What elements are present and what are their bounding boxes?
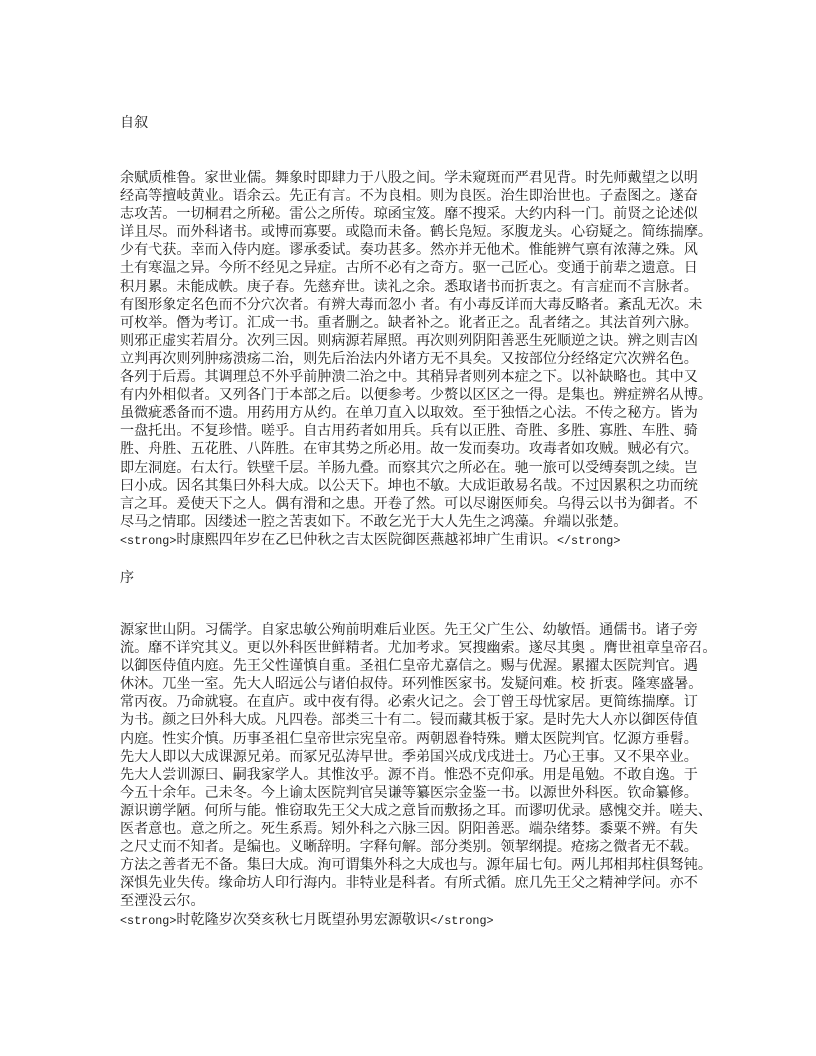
text-line: 医者意也。意之所之。死生系焉。矧外科之六脉三因。阴阳善恶。端杂绪棼。黍粟不辨。有… (120, 820, 720, 838)
text-line: 至湮没云尔。 (120, 892, 720, 910)
text-line: 内庭。性实介慎。历事圣祖仁皇帝世宗宪皇帝。两朝恩眷特殊。赠太医院判官。忆源方垂髫… (120, 730, 720, 748)
text-line: 曰小成。因名其集曰外科大成。以公天下。坤也不敏。大成讵敢易名哉。不过因累积之功而… (120, 477, 720, 495)
text-line: 土有寒温之异。今所不经见之异症。古所不必有之奇方。驱一己匠心。变通于前辈之遗意。… (120, 259, 720, 277)
text-line: 常丙夜。乃命就寝。在直庐。或中夜有得。必索火记之。会丁曾王母忧家居。更简练揣摩。… (120, 693, 720, 711)
text-line: 胜、舟胜、五花胜、八阵胜。在审其势之所必用。故一发而奏功。攻毒者如攻贼。贼必有穴… (120, 440, 720, 458)
section-title-preface: 序 (120, 569, 134, 587)
text-line: 之尺丈而不知者。是编也。义晰辞明。字释句解。部分类别。领挈纲提。疮疡之微者无不载… (120, 838, 720, 856)
signature-text: 时康熙四年岁在乙巳仲秋之吉太医院御医燕越祁坤广生甫识。 (176, 532, 557, 548)
text-line: 经高等擅岐黄业。语余云。先正有言。不为良相。则为良医。治生即治世也。子盍图之。遂… (120, 187, 720, 205)
text-line: 为书。颜之曰外科大成。凡四卷。部类三十有二。锓而藏其板于家。是时先大人亦以御医侍… (120, 711, 720, 729)
text-line: 即左洞庭。右太行。铁壁千层。羊肠九叠。而察其穴之所必在。驰一旅可以受缚奏凯之续。… (120, 459, 720, 477)
text-line: 志攻苦。一切桐君之所秘。雷公之所传。琼函宝笈。靡不搜采。大约内科一门。前贤之论述… (120, 205, 720, 223)
text-line: 余赋质椎鲁。家世业儒。舞象时即肆力于八股之间。学未窥斑而严君见背。时先师戴望之以… (120, 169, 720, 187)
text-line: 先大人即以大成课源兄弟。而冢兄弘涛早世。季弟国兴成戊戌进士。乃心王事。又不果卒业… (120, 748, 720, 766)
text-line: 详且尽。而外科诸书。或博而寡要。或隐而未备。鹤长凫短。豕腹龙头。心窃疑之。简练揣… (120, 223, 720, 241)
text-line: 深惧先业失传。缘命坊人印行海内。非特业是科者。有所式循。庶几先王父之精神学问。亦… (120, 874, 720, 892)
text-line: 先大人尝训源曰、嗣我家学人。其惟汝乎。源不肖。惟恐不克仰承。用是黾勉。不敢自逸。… (120, 766, 720, 784)
text-line: 尽马之情耶。因缕述一腔之苦衷如下。不敢乞光于大人先生之鸿藻。弁端以张楚。 (120, 513, 720, 531)
text-line: 休沐。兀坐一室。先大人昭远公与诸伯叔侍。环列惟医家书。发疑问难。校 折衷。隆寒盛… (120, 675, 720, 693)
section-body-preface: 源家世山阴。习儒学。自家忠敏公殉前明难后业医。先王父广生公、幼敏悟。通儒书。诸子… (120, 621, 720, 929)
signature-line: <strong>时乾隆岁次癸亥秋七月既望孙男宏源敬识</strong> (120, 911, 720, 929)
text-line: 一盘托出。不复珍惜。嗟乎。自古用药者如用兵。兵有以正胜、奇胜、多胜、寡胜、车胜、… (120, 422, 720, 440)
document-page: 自叙 余赋质椎鲁。家世业儒。舞象时即肆力于八股之间。学未窥斑而严君见背。时先师戴… (0, 0, 816, 1056)
text-line: 以御医侍值内庭。先王父性谨慎自重。圣祖仁皇帝尤嘉信之。赐与优渥。累擢太医院判官。… (120, 657, 720, 675)
signature-text: 时乾隆岁次癸亥秋七月既望孙男宏源敬识 (176, 912, 430, 928)
text-line: 流。靡不详究其义。更以外科医世鲜精者。尤加考求。冥搜幽索。遂尽其奥 。膺世祖章皇… (120, 639, 720, 657)
text-line: 少有弋获。幸而入侍内庭。谬承委试。奏功甚多。然亦并无他术。惟能辨气禀有浓薄之殊。… (120, 241, 720, 259)
text-line: 立判再次则列肿疡溃疡二治，则先后治法内外诸方无不具矣。又按部位分经络定穴次辨名色… (120, 350, 720, 368)
text-line: 虽微疵悉备而不遗。用药用方从约。在单刀直入以取效。至于独悟之心法。不传之秘方。皆… (120, 404, 720, 422)
signature-line: <strong>时康熙四年岁在乙巳仲秋之吉太医院御医燕越祁坤广生甫识。</str… (120, 531, 720, 549)
literal-close-tag: </strong> (557, 534, 620, 548)
text-line: 源家世山阴。习儒学。自家忠敏公殉前明难后业医。先王父广生公、幼敏悟。通儒书。诸子… (120, 621, 720, 639)
text-line: 源识谫学陋。何所与能。惟窃取先王父大成之意旨而敷扬之耳。而谬叨优录。感愧交并。嗟… (120, 802, 720, 820)
text-line: 今五十余年。己未冬。今上谕太医院判官吴谦等纂医宗金鉴一书。以源世外科医。钦命纂修… (120, 784, 720, 802)
literal-open-tag: <strong> (120, 534, 176, 548)
text-line: 有内外相似者。又列各门于本部之后。以便参考。少赘以区区之一得。是集也。辨症辨名从… (120, 386, 720, 404)
text-line: 各列于后焉。其调理总不外乎前肿溃二治之中。其稍异者则列本症之下。以补缺略也。其中… (120, 368, 720, 386)
text-line: 言之耳。爰使天下之人。偶有滑和之患。开卷了然。可以尽谢医师矣。乌得云以书为御者。… (120, 495, 720, 513)
literal-open-tag: <strong> (120, 914, 176, 928)
text-line: 则邪正虚实若眉分。次列三因。则病源若犀照。再次则列阴阳善恶生死顺逆之诀。辨之则吉… (120, 332, 720, 350)
section-title-author-preface: 自叙 (120, 114, 148, 132)
text-line: 有图形象定名色而不分穴次者。有辨大毒而忽小 者。有小毒反详而大毒反略者。紊乱无次… (120, 296, 720, 314)
text-line: 方法之善者无不备。集曰大成。洵可谓集外科之大成也与。源年届七旬。两儿邦相邦柱俱驽… (120, 856, 720, 874)
text-line: 积月累。未能成帙。庚子春。先慈弃世。读礼之余。悉取诸书而折衷之。有言症而不言脉者… (120, 278, 720, 296)
text-line: 可枚举。僭为考订。汇成一书。重者删之。缺者补之。讹者正之。乱者绪之。其法首列六脉… (120, 314, 720, 332)
section-body-author-preface: 余赋质椎鲁。家世业儒。舞象时即肆力于八股之间。学未窥斑而严君见背。时先师戴望之以… (120, 169, 720, 549)
literal-close-tag: </strong> (430, 914, 493, 928)
